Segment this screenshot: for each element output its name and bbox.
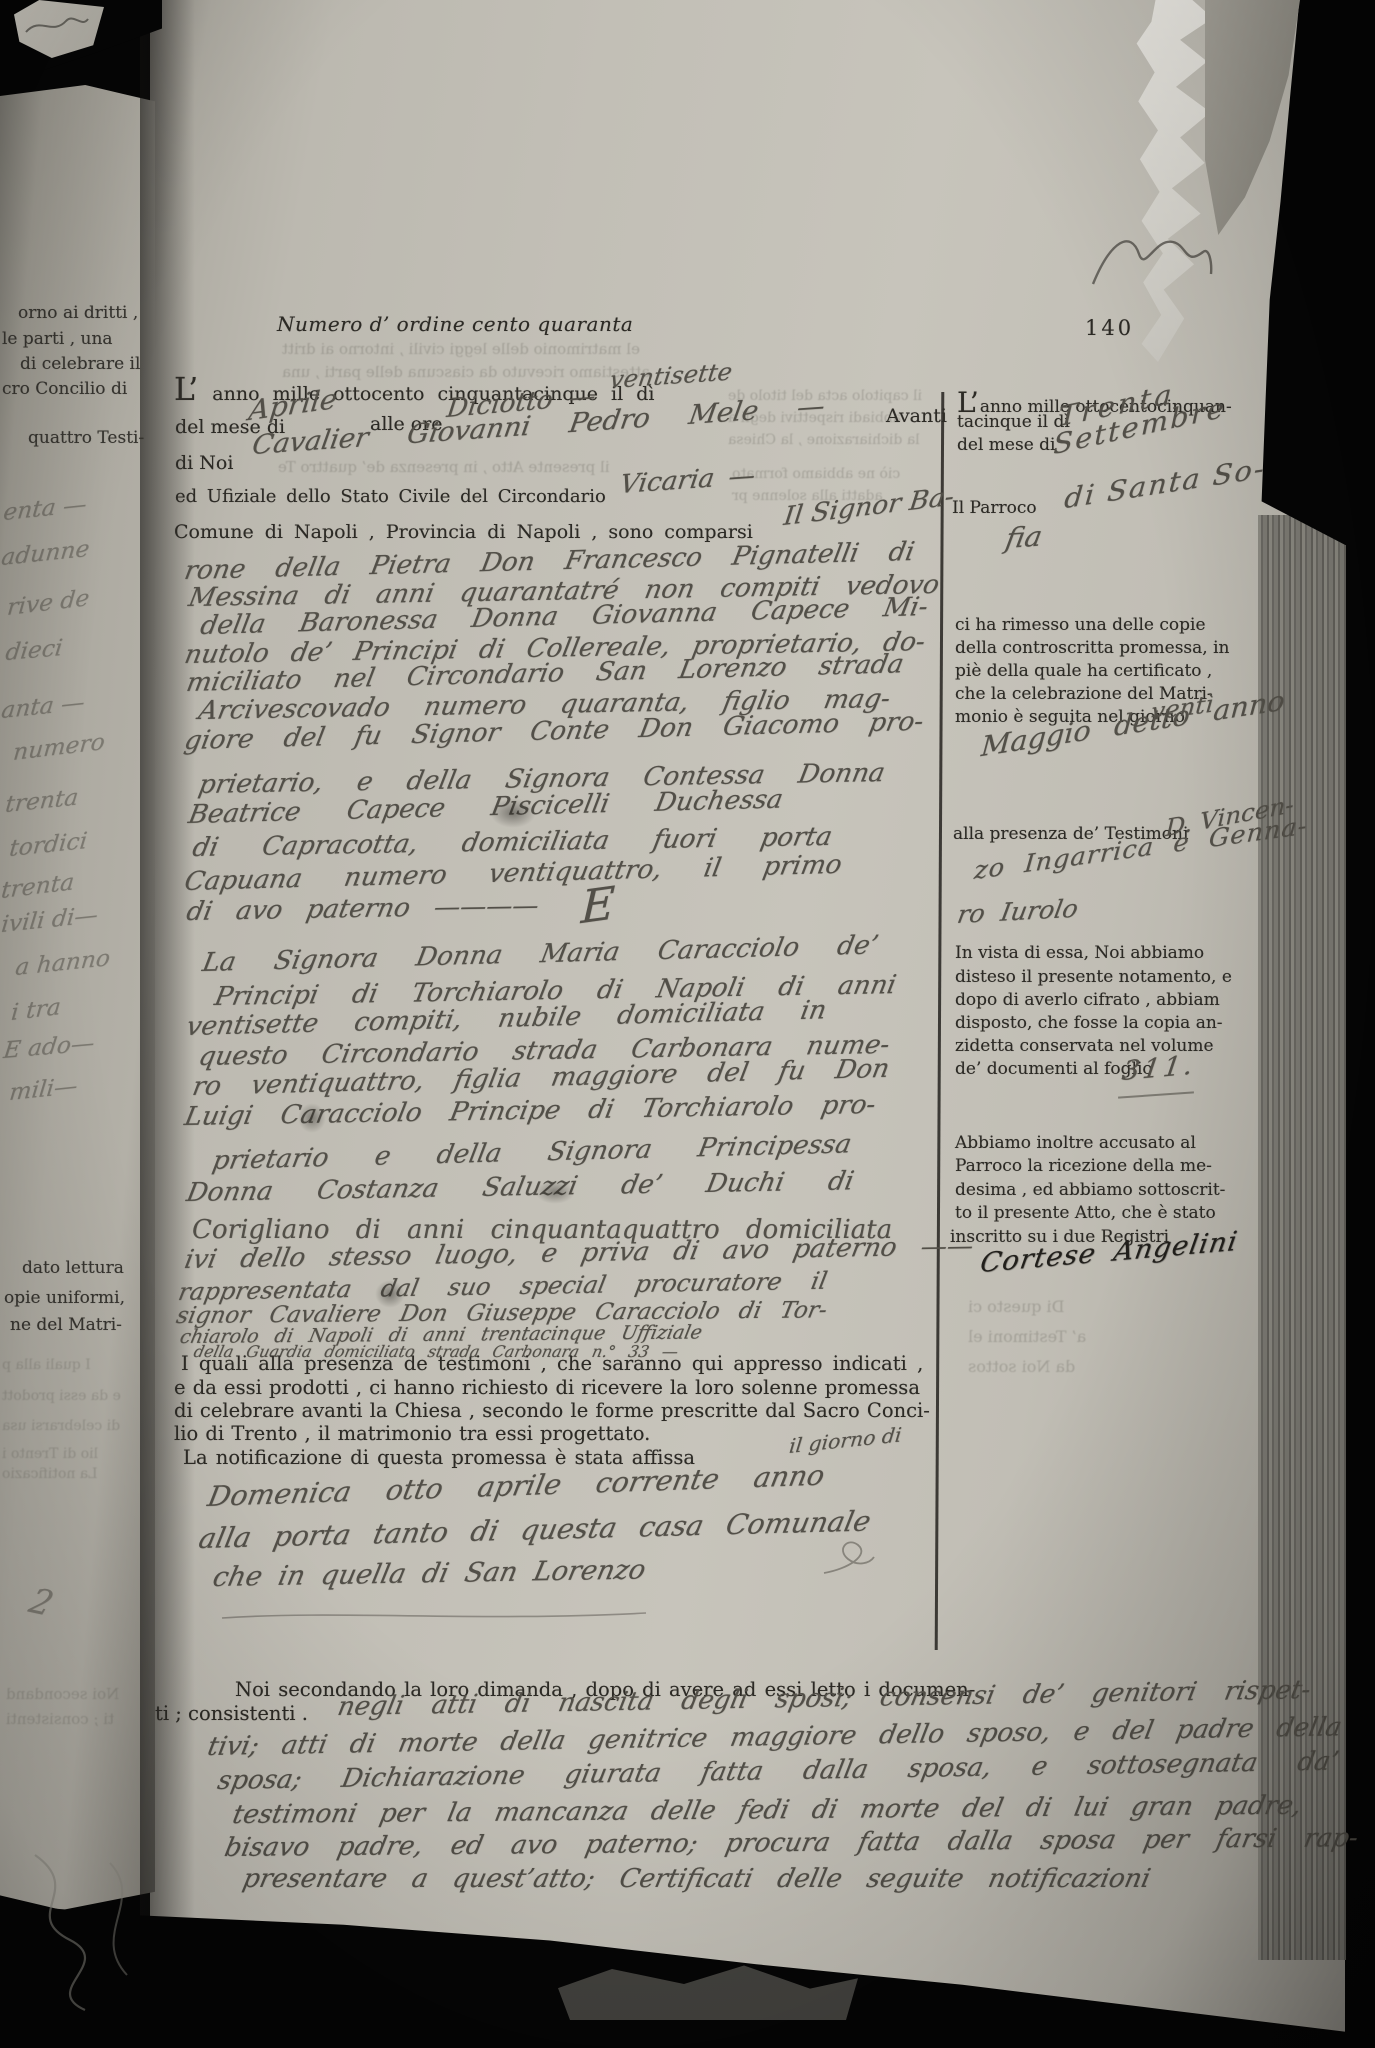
prev-page-printed-fragment: quattro Testi- <box>28 428 144 448</box>
ink-flourish <box>1085 222 1215 302</box>
promessa-paragraph-line: e da essi prodotti , ci hanno richiesto … <box>174 1376 920 1399</box>
promessa-paragraph-line: di celebrare avanti la Chiesa , secondo … <box>174 1399 930 1422</box>
prev-page-printed-fragment: cro Concilio di <box>2 379 127 399</box>
bleedthrough-text: da Noi sottos <box>968 1357 1075 1376</box>
form-line-comune: Comune di Napoli , Provincia di Napoli ,… <box>174 521 753 543</box>
bleedthrough-text: di celebrarsi usa <box>2 1418 120 1434</box>
bleedthrough-text: il presente Atto , in presenza de’ quatt… <box>278 458 610 476</box>
margin-paragraph-line: della controscritta promessa, in <box>955 638 1229 658</box>
bleedthrough-text: lio di Trento i <box>2 1446 98 1462</box>
order-number-line: Numero d’ ordine cento quaranta <box>277 312 633 336</box>
margin-paragraph-line: Abbiamo inoltre accusato al <box>955 1133 1196 1153</box>
hw-parish-name: fia <box>1003 520 1045 555</box>
margin-paragraph-line: desima , ed abbiamo sottoscrit- <box>955 1180 1225 1200</box>
promessa-paragraph-line: I quali alla presenza de testimoni , che… <box>181 1352 923 1375</box>
prev-page-printed-fragment: dato lettura <box>22 1258 124 1278</box>
bleedthrough-text: I quali alla p <box>2 1357 91 1373</box>
prev-page-printed-fragment: di celebrare il <box>20 354 140 374</box>
bleedthrough-text: Noi secondand <box>6 1685 119 1703</box>
margin-paragraph-line: to il presente Atto, che è stato <box>955 1203 1216 1223</box>
bleedthrough-text: La notificazio <box>2 1466 97 1482</box>
margin-paragraph-line: In vista di essa, Noi abbiamo <box>955 943 1204 963</box>
bleedthrough-text: ti ; consistenti <box>6 1710 114 1728</box>
margin-paragraph-line: Parroco la ricezione della me- <box>955 1156 1212 1176</box>
form-avanti-label: Avanti <box>886 405 947 427</box>
margin-paragraph-line: dopo di averlo cifrato , abbiam <box>955 990 1220 1010</box>
promessa-paragraph-line: lio di Trento , il matrimonio tra essi p… <box>174 1422 650 1445</box>
bleedthrough-text: e da essi prodott <box>2 1388 121 1404</box>
page-number: 140 <box>1085 316 1134 340</box>
margin-paragraph-line: disposto, che fosse la copia an- <box>955 1013 1223 1033</box>
act-line: di avo paterno ———— <box>184 891 542 927</box>
bleedthrough-text: Di questo ci <box>968 1297 1064 1316</box>
margin-parroco-label: Il Parroco <box>952 498 1037 518</box>
pen-underline-flourish <box>220 1608 650 1624</box>
bleedthrough-text: el matrimonio delle leggi civili , intor… <box>282 340 640 358</box>
bleedthrough-text: ciò ne abbiamo formato <box>732 466 900 482</box>
scrap-squiggle <box>22 8 92 42</box>
prev-page-printed-fragment: ne del Matri- <box>10 1315 122 1335</box>
prev-page-printed-fragment: orno ai dritti , <box>18 303 138 323</box>
closing-printed-line: ti ; consistenti . <box>155 1702 308 1725</box>
form-line-ufiziale: ed Ufiziale dello Stato Civile del Circo… <box>175 486 606 507</box>
ink-scribble <box>15 1845 165 2015</box>
bleedthrough-text: a’ Testimoni el <box>968 1327 1086 1346</box>
form-di-noi-label: di Noi <box>175 452 233 474</box>
prev-page-printed-fragment: opie uniformi, <box>4 1288 125 1308</box>
prev-page-printed-fragment: le parti , una <box>2 329 113 349</box>
prev-page-hw-fragment: dieci <box>4 635 64 666</box>
margin-paragraph-line: ci ha rimesso una delle copie <box>955 615 1206 635</box>
book-scan: el matrimonio delle leggi civili , intor… <box>0 0 1375 2048</box>
bleedthrough-text: la dichiarazione , la Chiesa <box>728 432 920 448</box>
margin-paragraph-line: piè della quale ha certificato , <box>955 661 1212 681</box>
hw-documents-line: presentare a quest’atto; Certificati del… <box>240 1864 1153 1894</box>
pen-tail-flourish <box>818 1535 878 1580</box>
act-conjunction-e: E <box>580 876 616 934</box>
margin-line-month: del mese di <box>957 435 1055 455</box>
margin-paragraph-line: disteso il presente notamento, e <box>955 967 1232 987</box>
